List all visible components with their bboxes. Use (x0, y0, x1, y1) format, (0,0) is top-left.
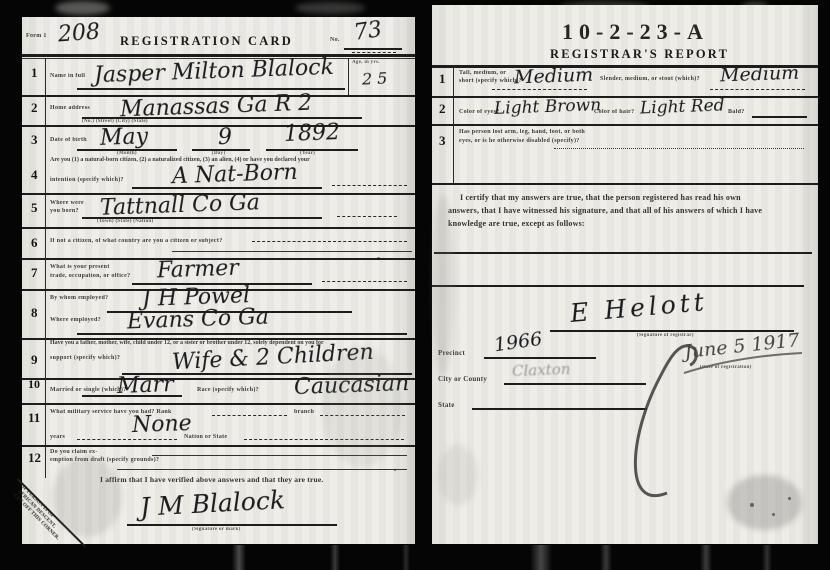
row-number: 1 (439, 71, 446, 87)
month-sublabel: (Month) (117, 151, 137, 156)
row-number: 9 (31, 352, 38, 368)
state-label: State (438, 401, 455, 409)
city-county-handwritten: Claxton (512, 360, 571, 380)
citizenship-prompt-line2: intention (specify which)? (50, 177, 124, 183)
exception-blank-line (432, 285, 804, 287)
rule-line (77, 88, 345, 90)
occupation-handwritten: Farmer (157, 256, 240, 284)
citizenship-handwritten: A Nat-Born (172, 160, 298, 189)
header-rule (22, 54, 415, 57)
whereborn-sublabels: (Town) (State) (Nation) (97, 219, 153, 224)
rule-line (132, 187, 322, 189)
registration-date-sublabel: (Date of registration) (700, 365, 752, 370)
row-number: 5 (31, 200, 38, 216)
birth-year-handwritten: 1892 (284, 120, 341, 147)
scan-stain (52, 457, 122, 537)
rule-line (82, 395, 182, 397)
scan-stain (727, 475, 802, 530)
rule-line (337, 216, 397, 217)
hair-handwritten: Light Red (640, 96, 725, 119)
eyes-handwritten: Light Brown (494, 95, 602, 119)
military-years-label: years (50, 434, 65, 440)
disability-prompt-line2: eyes, or is he otherwise disabled (speci… (459, 138, 580, 144)
race-prompt: Race (specify which)? (197, 387, 259, 393)
whereborn-prompt-line2: you born? (50, 208, 79, 214)
scan-artifact (330, 545, 340, 570)
affirmation-text: I affirm that I have verified above answ… (100, 475, 323, 484)
row-divider (432, 124, 818, 126)
registration-card: Form 1 208 REGISTRATION CARD No. 73 1 Na… (22, 17, 415, 544)
day-sublabel: (Day) (212, 151, 225, 156)
row-number: 11 (28, 410, 40, 426)
certification-line2: answers, that I have witnessed his signa… (448, 206, 762, 215)
serial-number-handwritten: 73 (352, 17, 383, 46)
section-rule (432, 183, 818, 185)
hair-prompt: Color of hair? (594, 109, 634, 115)
report-title: REGISTRAR'S REPORT (550, 47, 729, 62)
occupation-prompt-line2: trade, occupation, or office? (50, 273, 130, 279)
name-handwritten: Jasper Milton Blalock (94, 55, 335, 88)
military-branch-label: branch (294, 409, 314, 415)
row-number: 8 (31, 305, 38, 321)
rule-line (344, 48, 402, 50)
whereemployed-handwritten: Evans Co Ga (127, 305, 270, 335)
scan-artifact (700, 545, 712, 570)
certification-line1: I certify that my answers are true, that… (460, 193, 741, 202)
age-handwritten: 25 (362, 68, 393, 88)
address-prompt: Home address (50, 105, 96, 111)
city-county-label: City or County (438, 375, 487, 383)
row-number: 3 (439, 133, 446, 149)
scan-stain (438, 445, 478, 505)
scan-speck (788, 497, 791, 500)
date-stamp: 10-2-23-A (562, 19, 709, 45)
employer-prompt: By whom employed? (50, 295, 108, 301)
rule-line (172, 251, 412, 252)
registrant-signature: J M Blalock (139, 485, 285, 522)
rule-line (127, 524, 337, 526)
scan-artifact (232, 545, 246, 570)
rule-line (492, 89, 587, 90)
rule-line (752, 116, 807, 118)
height-prompt-line1: Tall, medium, or (459, 70, 506, 76)
military-nation-label: Nation or State (184, 434, 227, 440)
rule-line (77, 333, 407, 335)
occupation-prompt-line1: What is your present (50, 264, 110, 270)
scan-artifact (402, 545, 410, 570)
row-number: 10 (28, 377, 40, 392)
rule-line (322, 281, 407, 282)
rule-line (352, 52, 396, 53)
notcitizen-prompt: If not a citizen, of what country are yo… (50, 238, 223, 244)
rule-line (212, 415, 287, 416)
scan-artifact (55, 1, 110, 15)
whereborn-prompt-line1: Where were (50, 200, 84, 206)
birth-day-handwritten: 9 (218, 125, 233, 150)
rule-line (484, 357, 596, 359)
form-number-label: Form 1 (26, 33, 47, 39)
row-divider (432, 96, 818, 98)
married-prompt: Married or single (which)? (50, 387, 127, 393)
build-handwritten: Medium (720, 62, 800, 87)
scan-stain (322, 347, 402, 467)
dependents-prompt-line2: support (specify which)? (50, 355, 120, 361)
scan-speck (394, 469, 396, 471)
row-number: 3 (31, 132, 38, 148)
rule-line (710, 89, 805, 90)
bald-prompt: Bald? (728, 109, 745, 115)
scan-artifact (600, 545, 612, 570)
row-number: 4 (31, 167, 38, 183)
row-number: 12 (28, 450, 41, 466)
serial-number-label: No. (330, 37, 340, 43)
precinct-handwritten: 1966 (493, 328, 544, 357)
certification-line3: knowledge are true, except as follows: (448, 219, 585, 228)
scan-speck (750, 503, 754, 507)
row-divider (22, 227, 415, 229)
scan-speck (772, 513, 775, 516)
scanned-draft-card: { "left_card": { "form_label": "Form 1",… (0, 0, 830, 570)
name-prompt: Name in full (50, 73, 98, 79)
rule-line (252, 241, 407, 242)
scan-artifact (762, 545, 772, 570)
scan-stain (432, 195, 454, 375)
height-prompt-line2: short (specify which)? (459, 78, 522, 84)
height-handwritten: Medium (514, 64, 594, 89)
rule-line (554, 148, 804, 149)
age-label: Age, in yrs. (352, 60, 380, 65)
birth-month-handwritten: May (100, 124, 149, 151)
row-number: 2 (439, 101, 446, 117)
rule-line (117, 469, 407, 470)
scan-speck (377, 257, 380, 260)
gutter-line (45, 58, 46, 478)
age-box-line (348, 58, 349, 95)
row-number: 7 (31, 265, 38, 281)
exception-blank-line (434, 252, 812, 254)
rule-line (77, 439, 177, 440)
signature-sublabel: (Signature or mark) (192, 527, 241, 532)
disability-prompt-line1: Has person lost arm, leg, hand, foot, or… (459, 129, 585, 135)
rule-line (332, 185, 407, 186)
scan-artifact (530, 545, 552, 570)
build-prompt: Slender, medium, or stout (which)? (600, 76, 700, 82)
scan-artifact (295, 2, 365, 14)
year-sublabel: (Year) (300, 151, 315, 156)
address-sublabels: (No.) (Street) (City) (State) (82, 119, 148, 124)
birthdate-prompt: Date of birth (50, 137, 96, 143)
exemption-prompt-line1: Do you claim ex- (50, 449, 98, 455)
card-title: REGISTRATION CARD (120, 34, 293, 49)
registrars-report-card: 10-2-23-A REGISTRAR'S REPORT 1 Tall, med… (432, 5, 818, 544)
whereemployed-prompt: Where employed? (50, 317, 101, 323)
row-number: 6 (31, 235, 38, 251)
row-number: 1 (31, 65, 38, 81)
row-number: 2 (31, 100, 38, 116)
form-number-handwritten: 208 (57, 20, 101, 48)
